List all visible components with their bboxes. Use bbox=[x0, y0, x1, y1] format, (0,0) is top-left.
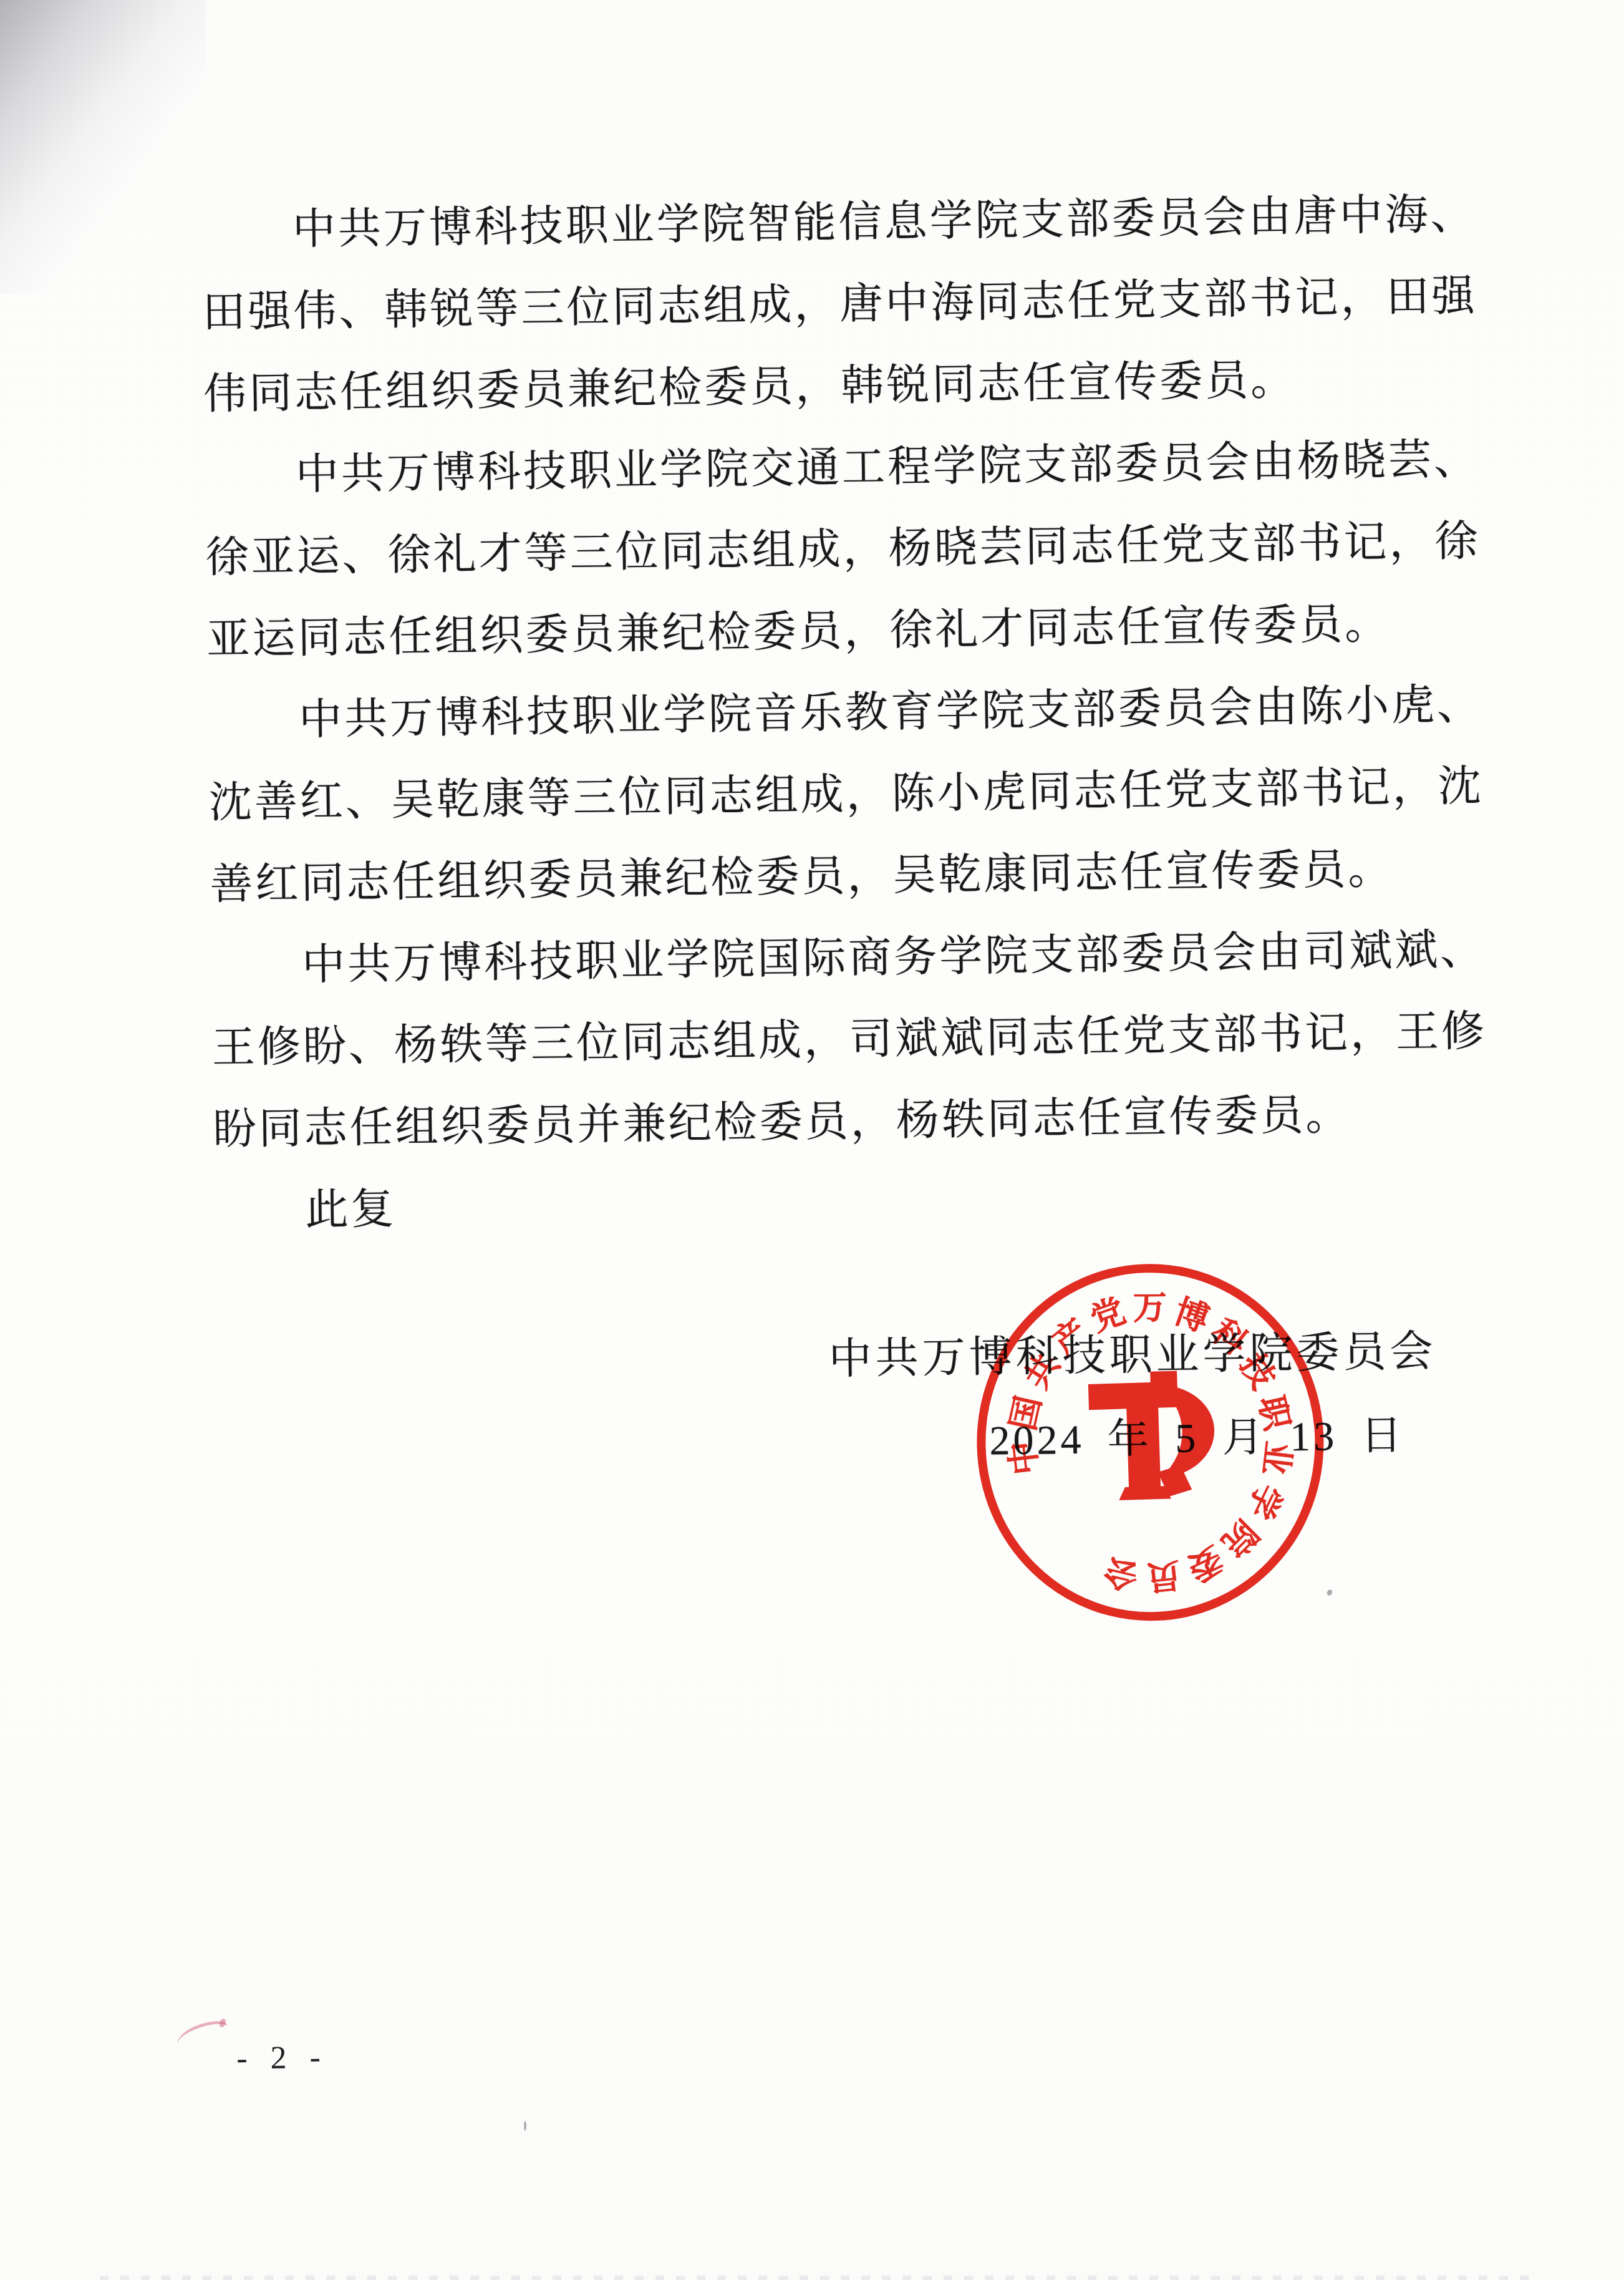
body-line: 田强伟、韩锐等三位同志组成，唐中海同志任党支部书记，田强 bbox=[202, 255, 1507, 354]
hammer-sickle-icon bbox=[1088, 1370, 1216, 1501]
seal-ring-char: 中 bbox=[995, 1438, 1047, 1478]
body-line: 盼同志任组织委员并兼纪检委员，杨轶同志任宣传委员。 bbox=[213, 1072, 1517, 1171]
page-number: - 2 - bbox=[236, 2039, 328, 2077]
closing-line: 此复 bbox=[214, 1154, 1519, 1253]
seal-ring-char: 万 bbox=[1133, 1281, 1167, 1329]
scan-edge-noise bbox=[100, 2276, 1534, 2280]
scan-corner-shadow bbox=[0, 0, 206, 293]
seal-ring-char: 业 bbox=[1254, 1438, 1305, 1477]
scanned-document-page: 中共万博科技职业学院智能信息学院支部委员会由唐中海、 田强伟、韩锐等三位同志组成… bbox=[0, 0, 1624, 2280]
official-seal: 中国共产党万博科技职业学院委员会 bbox=[967, 1253, 1334, 1632]
document-body: 中共万博科技职业学院智能信息学院支部委员会由唐中海、 田强伟、韩锐等三位同志组成… bbox=[201, 173, 1518, 1253]
seal-ring-char: 员 bbox=[1145, 1553, 1184, 1604]
document-content: 中共万博科技职业学院智能信息学院支部委员会由唐中海、 田强伟、韩锐等三位同志组成… bbox=[201, 173, 1530, 2186]
